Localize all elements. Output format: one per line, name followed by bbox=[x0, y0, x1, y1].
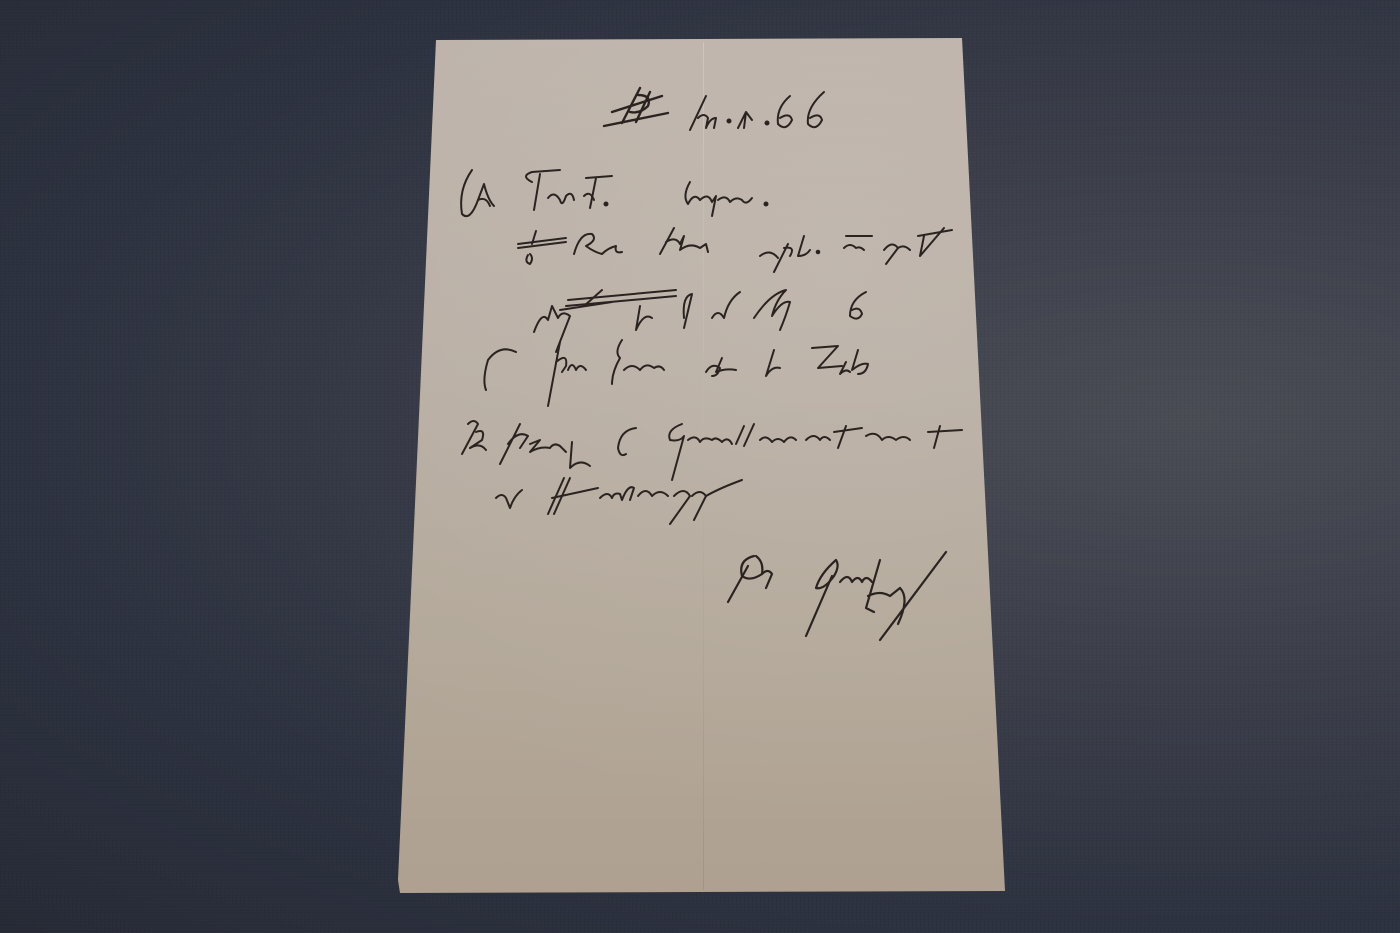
ink-line-1 bbox=[461, 170, 767, 216]
date-ink bbox=[690, 92, 824, 130]
ink-line-5 bbox=[462, 421, 962, 480]
handwritten-content bbox=[0, 0, 1400, 933]
rx-symbol-icon bbox=[604, 88, 668, 126]
signature-ink bbox=[728, 552, 946, 640]
ink-line-3 bbox=[534, 290, 866, 352]
ink-line-6 bbox=[496, 478, 742, 524]
ink-line-4 bbox=[484, 340, 868, 406]
ink-line-2 bbox=[518, 228, 952, 272]
